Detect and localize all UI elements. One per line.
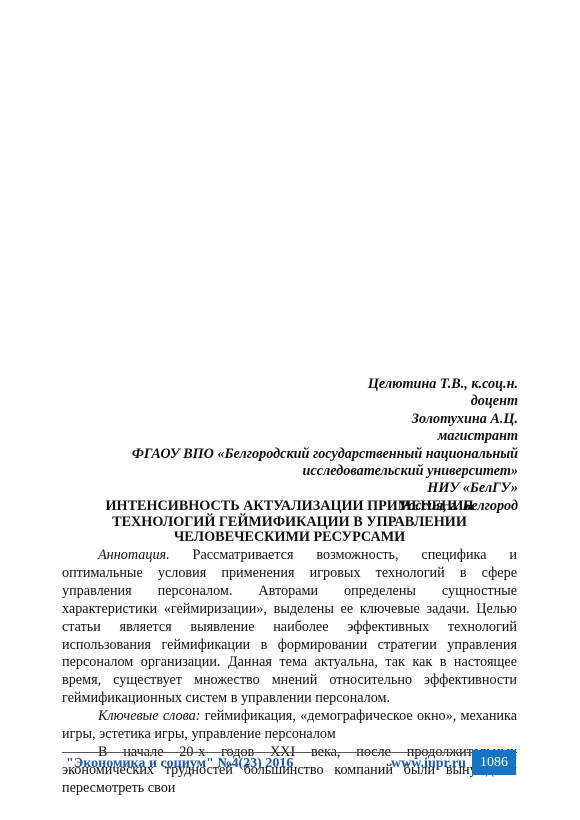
- affiliation-line-1: ФГАОУ ВПО «Белгородский государственный …: [132, 446, 518, 463]
- author-2-position: магистрант: [132, 428, 518, 445]
- author-1-name: Целютина Т.В., к.соц.н.: [132, 376, 518, 393]
- affiliation-line-2: исследовательский университет»: [132, 463, 518, 480]
- footer-divider: [62, 752, 517, 753]
- author-block: Целютина Т.В., к.соц.н. доцент Золотухин…: [132, 376, 518, 515]
- abstract-label: Аннотация.: [98, 547, 170, 563]
- keywords-label: Ключевые слова:: [98, 708, 200, 724]
- keywords-paragraph: Ключевые слова: геймификация, «демографи…: [62, 708, 517, 744]
- page-number-badge: 1086: [472, 750, 516, 775]
- author-1-position: доцент: [132, 393, 518, 410]
- author-2-name: Золотухина А.Ц.: [132, 411, 518, 428]
- abstract-text: Рассматривается возможность, специфика и…: [62, 547, 517, 706]
- journal-url-link[interactable]: www.iupr.ru: [391, 756, 466, 772]
- article-title: ИНТЕНСИВНОСТЬ АКТУАЛИЗАЦИИ ПРИМЕНЕНИЯ ТЕ…: [62, 499, 517, 546]
- affiliation-short: НИУ «БелГУ»: [132, 480, 518, 497]
- abstract-paragraph: Аннотация. Рассматривается возможность, …: [62, 547, 517, 708]
- journal-citation: "Экономика и социум" №4(23) 2016: [66, 756, 293, 772]
